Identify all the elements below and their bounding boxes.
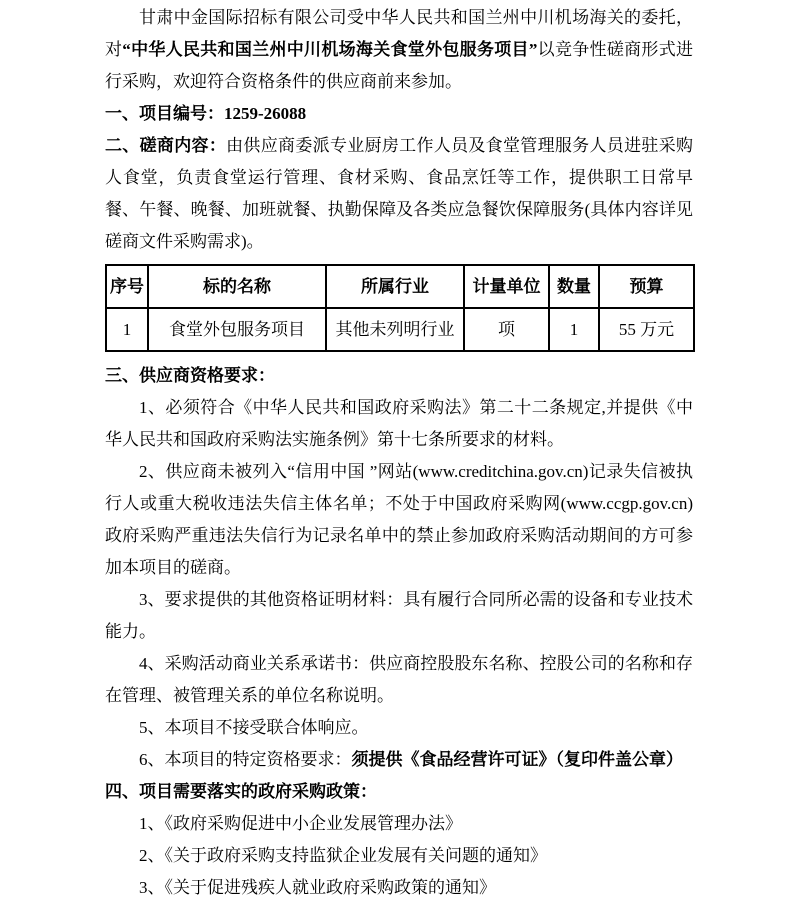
section4-heading: 四、项目需要落实的政府采购政策： <box>105 776 693 808</box>
cell-unit: 项 <box>464 308 549 351</box>
section3-heading: 三、供应商资格要求： <box>105 360 693 392</box>
col-header-subject-name: 标的名称 <box>148 265 326 308</box>
section3-item-6: 6、本项目的特定资格要求：须提供《食品经营许可证》（复印件盖公章） <box>105 744 693 776</box>
cell-seq: 1 <box>106 308 148 351</box>
section4-item-3: 3、《关于促进残疾人就业政府采购政策的通知》 <box>105 872 693 904</box>
col-header-industry: 所属行业 <box>326 265 464 308</box>
table-row: 1 食堂外包服务项目 其他未列明行业 项 1 55 万元 <box>106 308 694 351</box>
section3-item-6-requirement: 须提供《食品经营许可证》（复印件盖公章） <box>352 750 684 769</box>
col-header-unit: 计量单位 <box>464 265 549 308</box>
col-header-seq: 序号 <box>106 265 148 308</box>
section3-item-3: 3、要求提供的其他资格证明材料：具有履行合同所必需的设备和专业技术能力。 <box>105 584 693 648</box>
section3-item-6-prefix: 6、本项目的特定资格要求： <box>139 750 352 769</box>
section3-item-1: 1、必须符合《中华人民共和国政府采购法》第二十二条规定,并提供《中华人民共和国政… <box>105 392 693 456</box>
cell-budget: 55 万元 <box>599 308 694 351</box>
section4-item-1: 1、《政府采购促进中小企业发展管理办法》 <box>105 808 693 840</box>
section4-item-2: 2、《关于政府采购支持监狱企业发展有关问题的通知》 <box>105 840 693 872</box>
cell-industry: 其他未列明行业 <box>326 308 464 351</box>
section2-paragraph: 二、磋商内容：由供应商委派专业厨房工作人员及食堂管理服务人员进驻采购人食堂，负责… <box>105 130 693 258</box>
col-header-quantity: 数量 <box>549 265 599 308</box>
project-name: “中华人民共和国兰州中川机场海关食堂外包服务项目” <box>122 40 537 59</box>
table-header-row: 序号 标的名称 所属行业 计量单位 数量 预算 <box>106 265 694 308</box>
procurement-announcement-document: 甘肃中金国际招标有限公司受中华人民共和国兰州中川机场海关的委托，对“中华人民共和… <box>0 0 800 904</box>
section4-label: 四、项目需要落实的政府采购政策： <box>105 782 377 801</box>
cell-quantity: 1 <box>549 308 599 351</box>
section1-heading: 一、项目编号：1259-26088 <box>105 98 693 130</box>
intro-paragraph: 甘肃中金国际招标有限公司受中华人民共和国兰州中川机场海关的委托，对“中华人民共和… <box>105 2 693 98</box>
section3-item-5: 5、本项目不接受联合体响应。 <box>105 712 693 744</box>
section1-label: 一、项目编号： <box>105 104 224 123</box>
lot-table: 序号 标的名称 所属行业 计量单位 数量 预算 1 食堂外包服务项目 其他未列明… <box>105 264 695 352</box>
section3-item-4: 4、采购活动商业关系承诺书：供应商控股股东名称、控股公司的名称和存在管理、被管理… <box>105 648 693 712</box>
section3-label: 三、供应商资格要求： <box>105 366 275 385</box>
project-number: 1259-26088 <box>224 104 306 123</box>
col-header-budget: 预算 <box>599 265 694 308</box>
section3-item-2: 2、供应商未被列入“信用中国 ”网站(www.creditchina.gov.c… <box>105 456 693 584</box>
cell-subject-name: 食堂外包服务项目 <box>148 308 326 351</box>
section2-label: 二、磋商内容： <box>105 136 226 155</box>
